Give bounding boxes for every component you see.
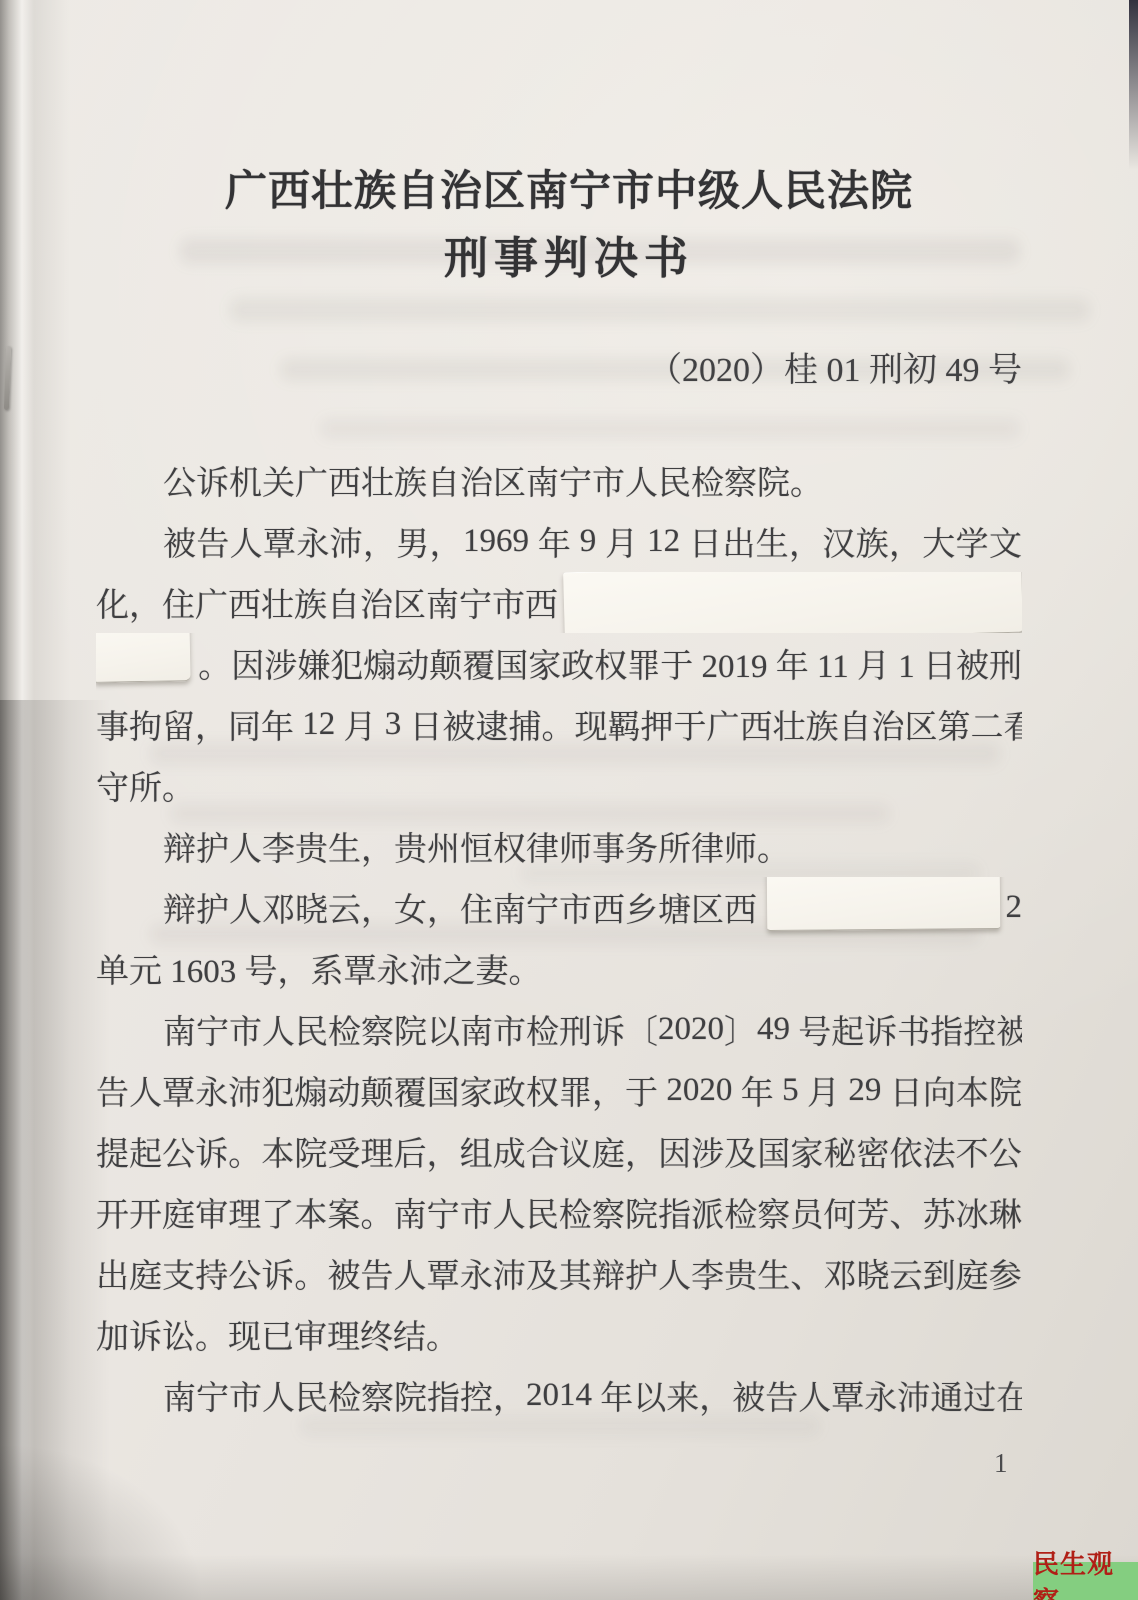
document-line: 辩护人邓晓云，女，住南宁市西乡塘区西2	[96, 877, 1022, 938]
scanned-court-document: 广西壮族自治区南宁市中级人民法院 刑事判决书 （2020）桂 01 刑初 49 …	[0, 0, 1138, 1600]
document-line: 公诉机关广西壮族自治区南宁市人民检察院。	[96, 450, 1022, 511]
document-line: 出庭支持公诉。被告人覃永沛及其辩护人李贵生、邓晓云到庭参	[96, 1243, 1022, 1304]
document-line: 单元 1603 号，系覃永沛之妻。	[96, 938, 1022, 999]
document-line: 告人覃永沛犯煽动颠覆国家政权罪，于 2020 年 5 月 29 日向本院	[96, 1060, 1022, 1121]
document-line: 。因涉嫌犯煽动颠覆国家政权罪于 2019 年 11 月 1 日被刑	[96, 633, 1022, 694]
document-body: 公诉机关广西壮族自治区南宁市人民检察院。被告人覃永沛，男，1969 年 9 月 …	[96, 450, 1022, 1426]
case-number: （2020）桂 01 刑初 49 号	[648, 342, 1022, 391]
document-line: 事拘留，同年 12 月 3 日被逮捕。现羁押于广西壮族自治区第二看	[96, 694, 1022, 755]
redaction-strip	[767, 877, 1000, 931]
watermark-badge: 民生观察	[1033, 1562, 1138, 1600]
document-line: 被告人覃永沛，男，1969 年 9 月 12 日出生，汉族，大学文	[96, 511, 1022, 572]
court-name-title: 广西壮族自治区南宁市中级人民法院	[0, 158, 1138, 218]
document-type-title: 刑事判决书	[0, 222, 1138, 286]
document-line: 辩护人李贵生，贵州恒权律师事务所律师。	[96, 816, 1022, 877]
document-line: 加诉讼。现已审理终结。	[96, 1304, 1022, 1365]
document-line: 南宁市人民检察院指控，2014 年以来，被告人覃永沛通过在	[96, 1365, 1022, 1426]
document-line: 开开庭审理了本案。南宁市人民检察院指派检察员何芳、苏冰琳	[96, 1182, 1022, 1243]
page-corner-shadow	[0, 1400, 260, 1600]
page-number: 1	[994, 1448, 1008, 1479]
redaction-strip	[96, 633, 191, 683]
document-line: 南宁市人民检察院以南市检刑诉〔2020〕49 号起诉书指控被	[96, 999, 1022, 1060]
page-left-edge-shadow-lower	[0, 700, 110, 1600]
document-line: 化，住广西壮族自治区南宁市西	[96, 572, 1022, 633]
document-line: 守所。	[96, 755, 1022, 816]
bleedthrough-ghost	[320, 418, 1020, 439]
document-line: 提起公诉。本院受理后，组成合议庭，因涉及国家秘密依法不公	[96, 1121, 1022, 1182]
redaction-strip	[563, 572, 1022, 633]
staple	[4, 346, 11, 410]
photo-background-sliver	[1129, 0, 1138, 170]
page-bottom-shadow	[0, 1554, 1138, 1600]
bleedthrough-ghost	[230, 298, 1090, 322]
